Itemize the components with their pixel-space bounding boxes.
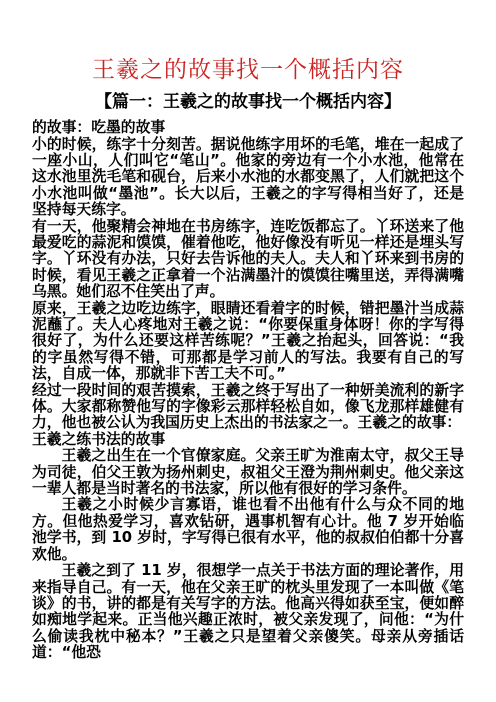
document-subtitle: 【篇一：王羲之的故事找一个概括内容】 <box>32 92 464 112</box>
paragraph: 王羲之出生在一个官僚家庭。父亲王旷为淮南太守，叔父王导为司徒，伯父王敦为扬州刺史… <box>32 448 464 497</box>
paragraph: 王羲之到了 11 岁，很想学一点关于书法方面的理论著作，用来指导自己。有一天，他… <box>32 563 464 661</box>
paragraph: 王羲之练书法的故事 <box>32 432 464 448</box>
paragraph: 有一天，他聚精会神地在书房练字，连吃饭都忘了。丫环送来了他最爱吃的蒜泥和馍馍，催… <box>32 219 464 301</box>
paragraph: 经过一段时间的艰苦摸索，王羲之终于写出了一种妍美流利的新字体。大家都称赞他写的字… <box>32 383 464 432</box>
document-page: 王羲之的故事找一个概括内容 【篇一：王羲之的故事找一个概括内容】 的故事：吃墨的… <box>0 0 496 702</box>
paragraph: 的故事：吃墨的故事 <box>32 120 464 136</box>
paragraph: 王羲之小时候少言寡语，谁也看不出他有什么与众不同的地方。但他热爱学习，喜欢钻研，… <box>32 497 464 563</box>
document-title: 王羲之的故事找一个概括内容 <box>32 56 464 85</box>
paragraph: 小的时候，练字十分刻苦。据说他练字用坏的毛笔，堆在一起成了一座小山，人们叫它“笔… <box>32 137 464 219</box>
document-body: 的故事：吃墨的故事小的时候，练字十分刻苦。据说他练字用坏的毛笔，堆在一起成了一座… <box>32 120 464 661</box>
paragraph: 原来，王羲之边吃边练字，眼睛还看着字的时候，错把墨汁当成蒜泥蘸了。夫人心疼地对王… <box>32 301 464 383</box>
